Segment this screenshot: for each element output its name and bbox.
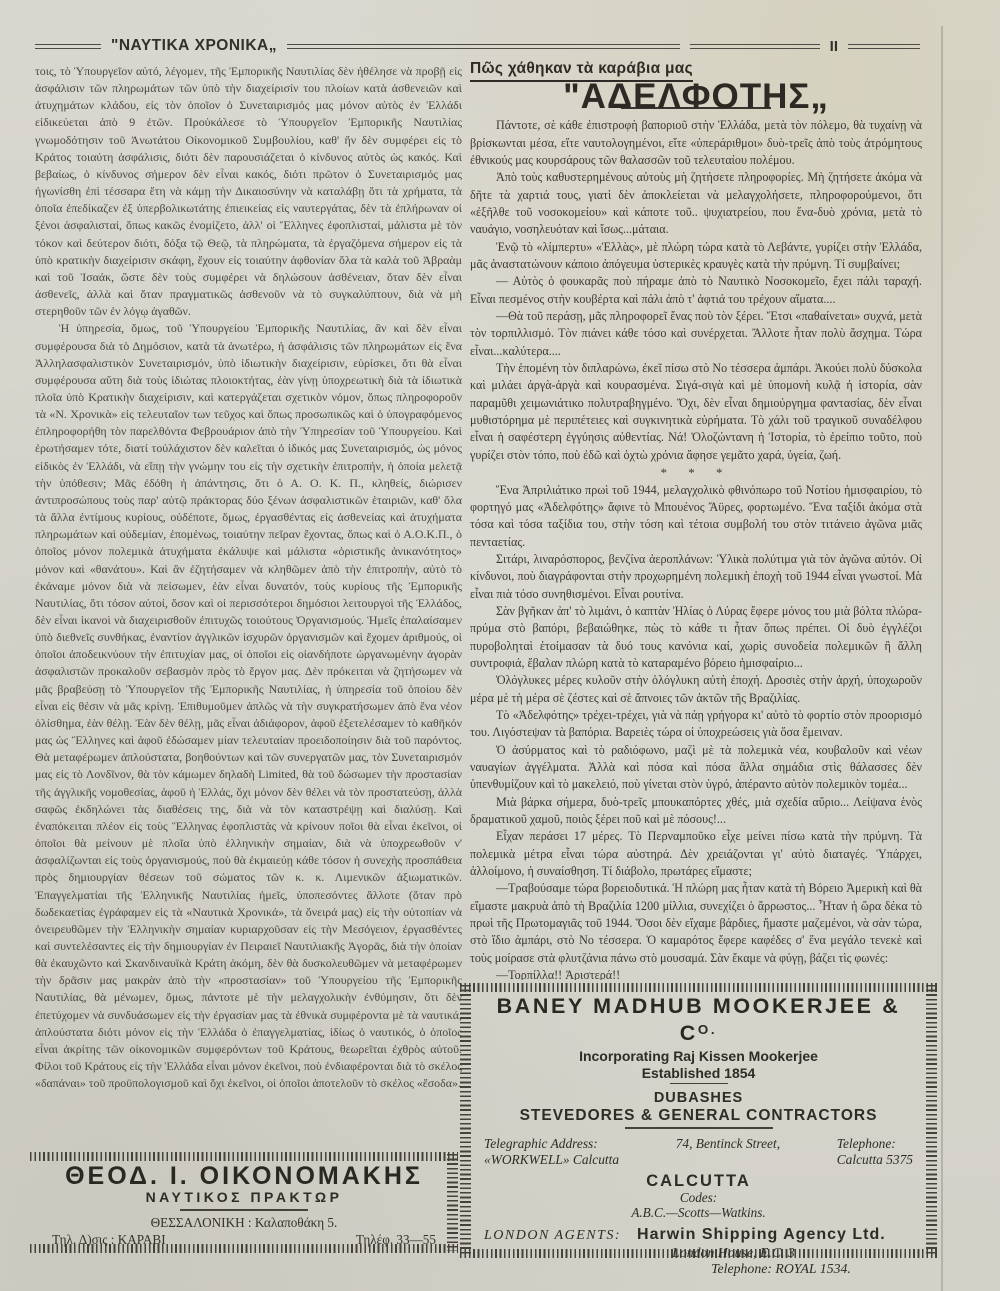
story-paragraph: —Τραβούσαμε τώρα βορειοδυτικά. Ἡ πλώρη μ… — [470, 880, 922, 967]
section-separator: * * * — [470, 464, 922, 481]
city-line: CALCUTTA — [484, 1172, 913, 1190]
masthead: "ΝΑΥΤΙΚΑ ΧΡΟΝΙΚΑ„ ΙΙ — [35, 36, 920, 56]
contact-row: Τηλ. Δ)σις : ΚΑΡΑΒΙ Τηλέφ. 33—55 — [46, 1230, 442, 1247]
story-paragraph: —Τορπίλλα!! Ἀριστερά!! — [470, 967, 922, 980]
london-agents-label: LONDON AGENTS: — [484, 1227, 621, 1245]
incorporating-line: Incorporating Raj Kissen Mookerjee — [484, 1048, 913, 1064]
article-paragraph: Ἡ ὑπηρεσία, ὅμως, τοῦ Ὑπουργείου Ἐμπορικ… — [35, 320, 462, 1092]
ad-border-right — [926, 985, 937, 1256]
dubashes-line: DUBASHES — [484, 1090, 913, 1106]
ad-border-right — [447, 1154, 458, 1251]
story-paragraph: Ὁλόγλυκες μέρες κυλοῦν στὴν ὁλόγλυκη αὐτ… — [470, 672, 922, 707]
story-paragraph: Τὸ «Ἀδελφότης» τρέχει-τρέχει, γιὰ νὰ πάῃ… — [470, 707, 922, 742]
established-rule — [670, 1083, 728, 1084]
ad-border-left — [460, 985, 471, 1256]
article-paragraph: τοις, τὸ Ὑπουργεῖον αὐτό, λέγομεν, τῆς Ἐ… — [35, 63, 462, 320]
magazine-title: "ΝΑΥΤΙΚΑ ΧΡΟΝΙΚΑ„ — [111, 37, 277, 55]
city-address-line: ΘΕΣΣΑΛΟΝΙΚΗ : Καλαποθάκη 5. — [46, 1215, 442, 1230]
advertiser-subtitle: ΝΑΥΤΙΚΟΣ ΠΡΑΚΤΩΡ — [46, 1190, 442, 1205]
story-paragraph: Σιτάρι, λιναρόσπορος, βενζίνα ἀεροπλάνων… — [470, 551, 922, 603]
stevedores-line: STEVEDORES & GENERAL CONTRACTORS — [484, 1107, 913, 1124]
advertiser-name-sup: O. — [698, 1022, 717, 1037]
story-paragraph: Ἕνα Ἀπριλιάτικο πρωὶ τοῦ 1944, μελαγχολι… — [470, 482, 922, 551]
advertiser-name: ΘΕΟΔ. Ι. ΟΙΚΟΝΟΜΑΚΗΣ — [46, 1163, 442, 1189]
story-paragraph: —Θὰ τοῦ περάσῃ, μᾶς πληροφορεῖ ἕνας ποὺ … — [470, 308, 922, 360]
story-paragraph: Σὰν βγῆκαν ἀπ' τὸ λιμάνι, ὁ καπτὰν Ἠλίας… — [470, 603, 922, 672]
story-paragraph: — Αὐτὸς ὁ φουκαρᾶς ποὺ πήραμε ἀπὸ τὸ Ναυ… — [470, 273, 922, 308]
london-agents-address: London House, E.C. 3 — [484, 1245, 913, 1262]
page-number: ΙΙ — [830, 38, 838, 55]
london-agents-row: LONDON AGENTS: Harwin Shipping Agency Lt… — [484, 1226, 913, 1245]
story-paragraph: Ὁ ἀσύρματος καὶ τὸ ραδιόφωνο, μαζὶ μὲ τὰ… — [470, 742, 922, 794]
page-edge-line — [941, 26, 943, 1291]
ad-border-top — [460, 983, 937, 992]
story-paragraph: Τὴν ἑπομένη τὸν διπλαρώνω, ἐκεῖ πίσω στὸ… — [470, 360, 922, 464]
mookerjee-ad: BANEY MADHUB MOOKERJEE & CO. Incorporati… — [460, 983, 937, 1258]
oikonomakis-ad: ΘΕΟΔ. Ι. ΟΙΚΟΝΟΜΑΚΗΣ ΝΑΥΤΙΚΟΣ ΠΡΑΚΤΩΡ ΘΕ… — [30, 1152, 458, 1253]
address-row: Telegraphic Address: «WORKWELL» Calcutta… — [484, 1136, 913, 1168]
story-paragraph: Πάντοτε, σὲ κάθε ἐπιστροφὴ βαποριοῦ στὴν… — [470, 117, 922, 169]
codes-value: A.B.C.—Scotts—Watkins. — [484, 1205, 913, 1221]
london-agents-telephone: Telephone: ROYAL 1534. — [484, 1261, 913, 1278]
telephone-block: Telephone: Calcutta 5375 — [837, 1136, 913, 1168]
story-paragraph: Ἀπὸ τοὺς καθυστερημένους αὐτοὺς μὴ ζητήσ… — [470, 169, 922, 238]
ad-border-top — [30, 1152, 458, 1161]
story-paragraph: Ἐνῷ τὸ «λίμπερτυ» «Ἑλλὰς», μὲ πλώρη τώρα… — [470, 239, 922, 274]
telegraphic-block: Telegraphic Address: «WORKWELL» Calcutta — [484, 1136, 619, 1168]
telegraphic-value: «WORKWELL» Calcutta — [484, 1152, 619, 1168]
stevedores-rule — [625, 1127, 773, 1128]
subtitle-rule — [180, 1209, 308, 1211]
street-address: 74, Bentinck Street, — [676, 1136, 780, 1168]
masthead-rule-right — [848, 44, 920, 49]
codes-label: Codes: — [484, 1190, 913, 1206]
london-agents-value: Harwin Shipping Agency Ltd. — [637, 1226, 886, 1244]
telegraph-address: Τηλ. Δ)σις : ΚΑΡΑΒΙ — [52, 1232, 166, 1247]
masthead-rule-long-2 — [690, 44, 820, 49]
telephone-value: Calcutta 5375 — [837, 1152, 913, 1168]
masthead-rule-long — [287, 44, 680, 49]
advertiser-name: BANEY MADHUB MOOKERJEE & CO. — [484, 995, 913, 1045]
story-title: "ΑΔΕΛΦΟΤΗΣ„ — [470, 88, 922, 105]
masthead-rule-left — [35, 44, 101, 49]
established-line: Established 1854 — [484, 1065, 913, 1081]
advertiser-name-main: BANEY MADHUB MOOKERJEE & C — [497, 994, 901, 1045]
left-article-column: τοις, τὸ Ὑπουργεῖον αὐτό, λέγομεν, τῆς Ἐ… — [35, 63, 462, 1145]
telephone-label: Telephone: — [837, 1136, 913, 1152]
telephone-number: Τηλέφ. 33—55 — [356, 1232, 436, 1247]
story-paragraph: Εἶχαν περάσει 17 μέρες. Τὸ Περναμποῦκο ε… — [470, 828, 922, 880]
right-story-column: Πῶς χάθηκαν τὰ καράβια μας "ΑΔΕΛΦΟΤΗΣ„ Π… — [470, 60, 922, 980]
telegraphic-label: Telegraphic Address: — [484, 1136, 619, 1152]
story-paragraph: Μιὰ βάρκα σήμερα, δυὸ-τρεῖς μπουκαπόρτες… — [470, 794, 922, 829]
